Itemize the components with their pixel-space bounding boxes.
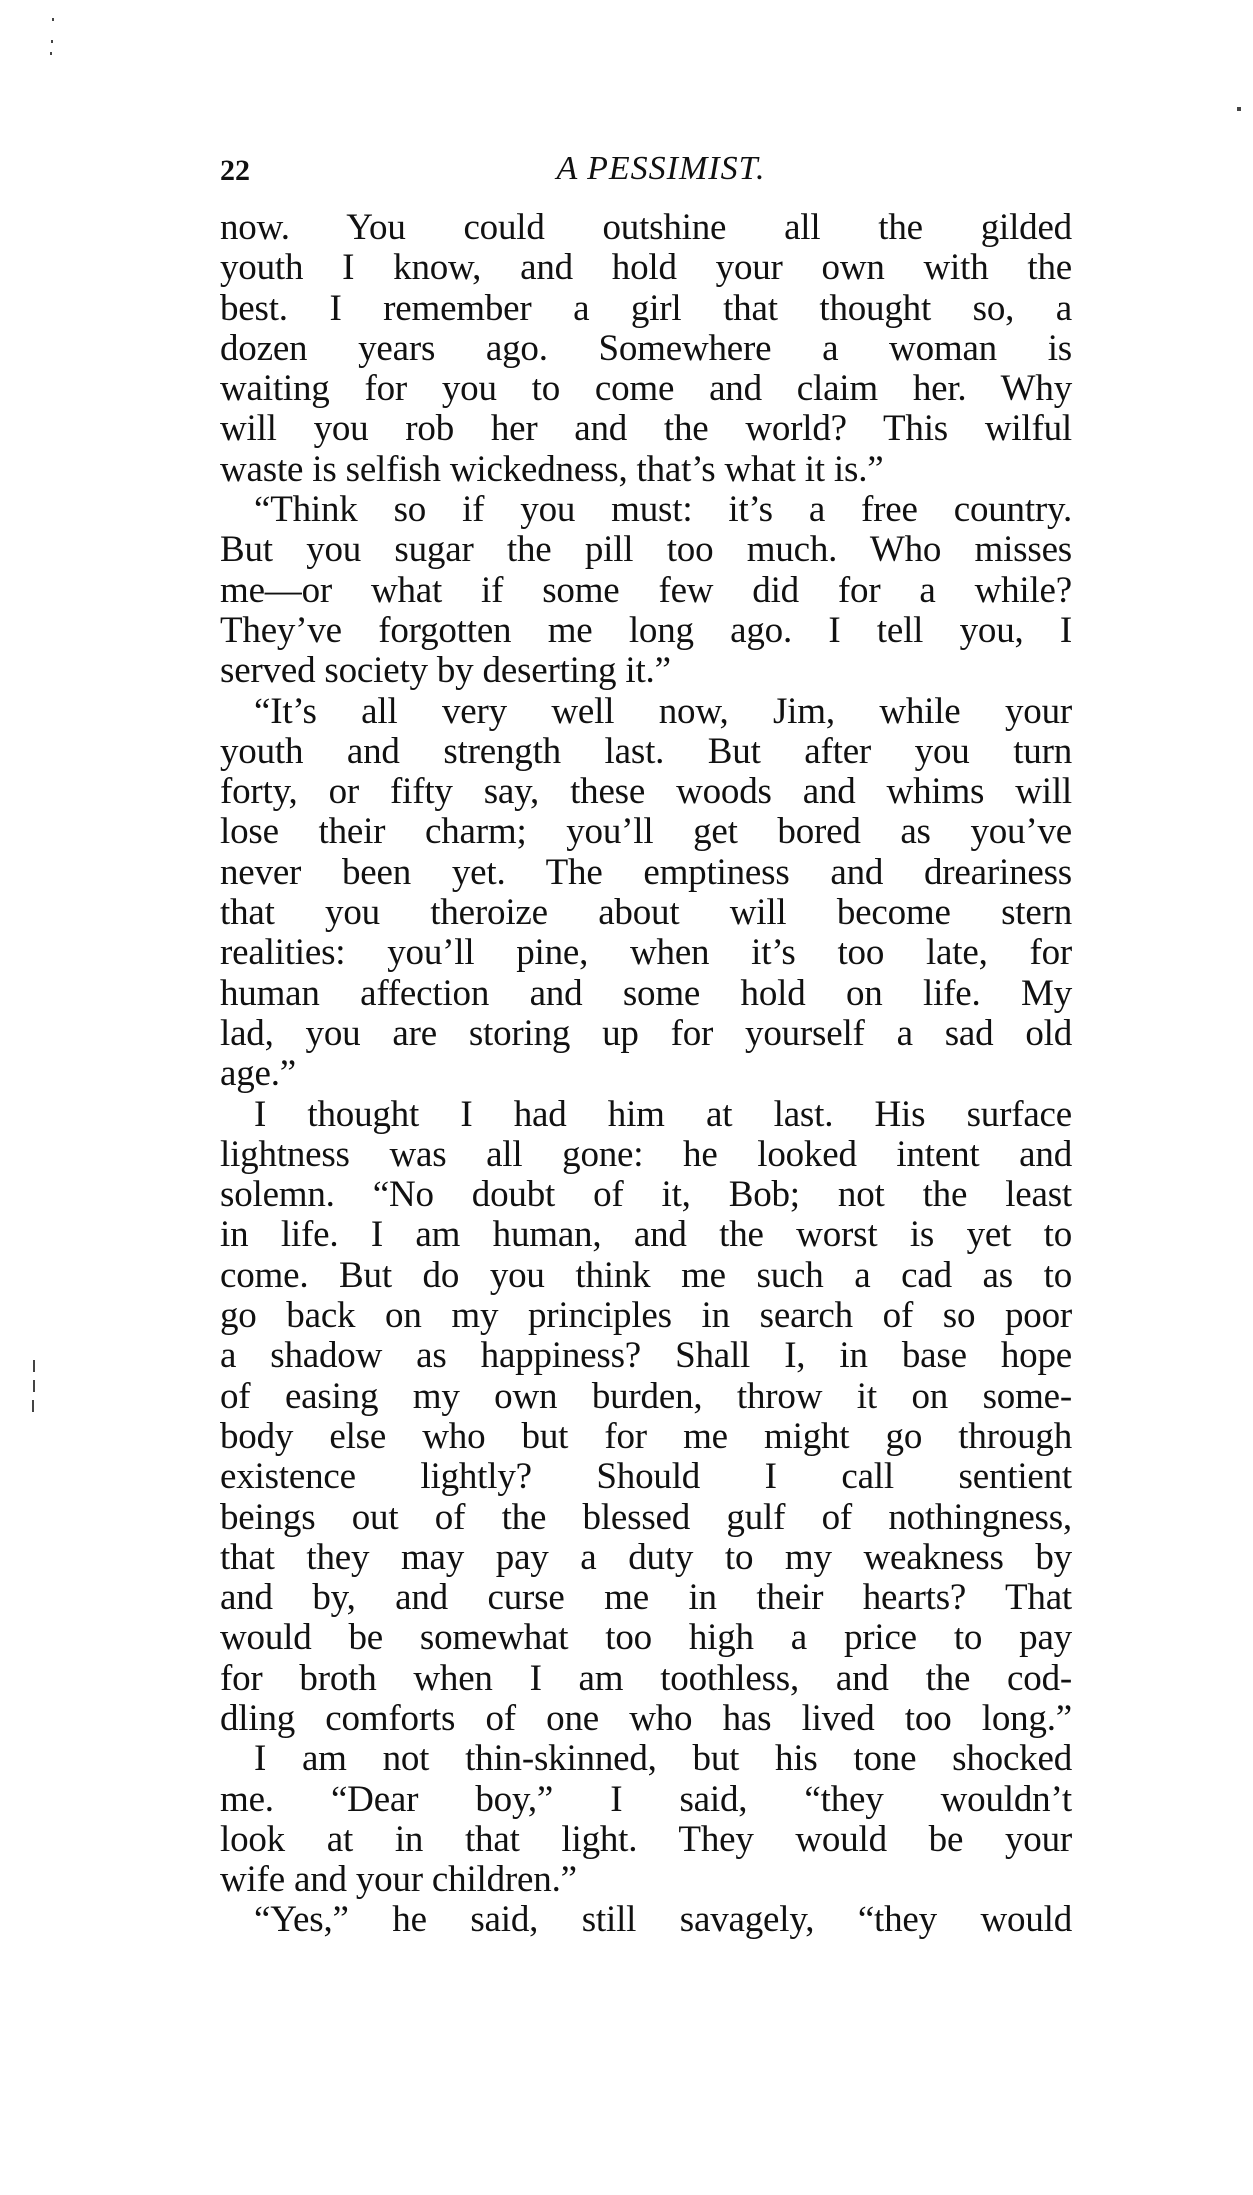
text-line: me—or what if some few did for a while? — [220, 571, 1072, 611]
text-line: lose their charm; you’ll get bored as yo… — [220, 812, 1072, 852]
text-line: a shadow as happiness? Shall I, in base … — [220, 1336, 1072, 1376]
running-head: 22 A PESSIMIST. — [220, 140, 1072, 196]
text-line: forty, or fifty say, these woods and whi… — [220, 772, 1072, 812]
scan-artifact — [52, 18, 54, 21]
text-line: age.” — [220, 1054, 1072, 1094]
text-line: But you sugar the pill too much. Who mis… — [220, 530, 1072, 570]
text-line: that you theroize about will become ster… — [220, 893, 1072, 933]
text-line: human affection and some hold on life. M… — [220, 974, 1072, 1014]
text-line: dling comforts of one who has lived too … — [220, 1699, 1072, 1739]
scan-artifact — [33, 1360, 35, 1372]
text-line: waste is selfish wickedness, that’s what… — [220, 450, 1072, 490]
text-line: I thought I had him at last. His surface — [220, 1095, 1072, 1135]
text-line: would be somewhat too high a price to pa… — [220, 1618, 1072, 1658]
text-line: served society by deserting it.” — [220, 651, 1072, 691]
text-line: never been yet. The emptiness and dreari… — [220, 853, 1072, 893]
text-line: that they may pay a duty to my weakness … — [220, 1538, 1072, 1578]
text-line: lad, you are storing up for yourself a s… — [220, 1014, 1072, 1054]
running-title: A PESSIMIST. — [220, 150, 1072, 188]
text-line: wife and your children.” — [220, 1860, 1072, 1900]
text-line: lightness was all gone: he looked intent… — [220, 1135, 1072, 1175]
text-line: solemn. “No doubt of it, Bob; not the le… — [220, 1175, 1072, 1215]
text-line: beings out of the blessed gulf of nothin… — [220, 1498, 1072, 1538]
text-body: now. You could outshine all the gilded y… — [220, 208, 1072, 1941]
text-line: They’ve forgotten me long ago. I tell yo… — [220, 611, 1072, 651]
text-line: I am not thin-skinned, but his tone shoc… — [220, 1739, 1072, 1779]
text-line: “Yes,” he said, still savagely, “they wo… — [220, 1900, 1072, 1940]
text-line: will you rob her and the world? This wil… — [220, 409, 1072, 449]
scan-artifact — [33, 1380, 35, 1392]
text-line: youth I know, and hold your own with the — [220, 248, 1072, 288]
text-line: waiting for you to come and claim her. W… — [220, 369, 1072, 409]
text-line: go back on my principles in search of so… — [220, 1296, 1072, 1336]
scan-artifact — [51, 40, 53, 43]
text-line: “Think so if you must: it’s a free count… — [220, 490, 1072, 530]
text-line: realities: you’ll pine, when it’s too la… — [220, 933, 1072, 973]
scan-artifact — [1237, 107, 1241, 111]
text-line: existence lightly? Should I call sentien… — [220, 1457, 1072, 1497]
text-line: dozen years ago. Somewhere a woman is — [220, 329, 1072, 369]
text-line: “It’s all very well now, Jim, while your — [220, 692, 1072, 732]
text-line: come. But do you think me such a cad as … — [220, 1256, 1072, 1296]
text-line: best. I remember a girl that thought so,… — [220, 289, 1072, 329]
text-line: in life. I am human, and the worst is ye… — [220, 1215, 1072, 1255]
text-line: look at in that light. They would be you… — [220, 1820, 1072, 1860]
text-line: of easing my own burden, throw it on som… — [220, 1377, 1072, 1417]
book-page: 22 A PESSIMIST. now. You could outshine … — [220, 140, 1072, 1941]
text-line: body else who but for me might go throug… — [220, 1417, 1072, 1457]
text-line: and by, and curse me in their hearts? Th… — [220, 1578, 1072, 1618]
scan-artifact — [50, 52, 52, 55]
text-line: for broth when I am toothless, and the c… — [220, 1659, 1072, 1699]
text-line: now. You could outshine all the gilded — [220, 208, 1072, 248]
text-line: youth and strength last. But after you t… — [220, 732, 1072, 772]
scan-artifact — [32, 1400, 34, 1412]
text-line: me. “Dear boy,” I said, “they wouldn’t — [220, 1780, 1072, 1820]
